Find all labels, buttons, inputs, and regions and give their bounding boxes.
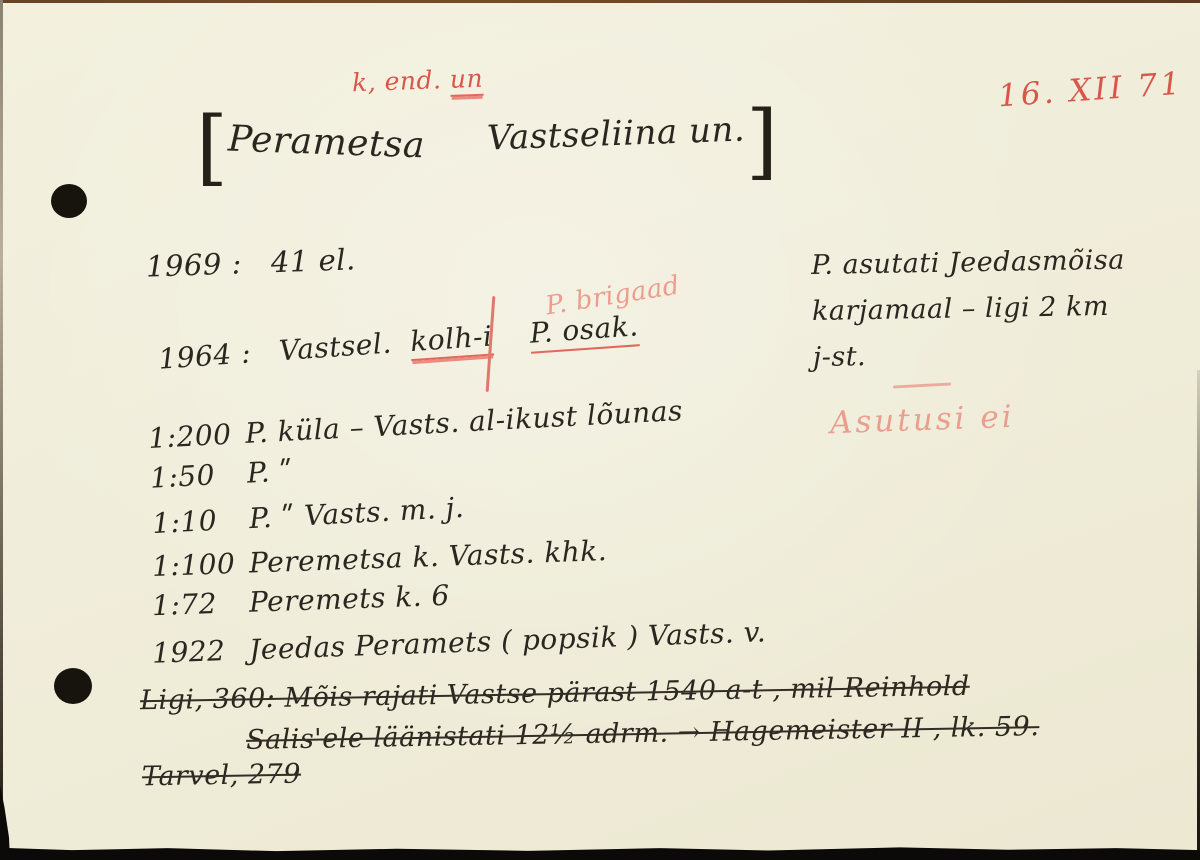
punch-hole-bottom [54,668,92,704]
founding-note-line3: j-st. [812,329,1163,381]
map-text: P. ʺ [246,454,294,489]
scan-corner-bottom-left [0,785,10,860]
map-list-row: 1:200 P. küla – Vasts. al-ikust lõunas [148,394,684,455]
date-stamp: 16. XII 71 [997,66,1184,115]
title-place-name: Perametsa [227,119,425,167]
population-1969-year: 1969 : [145,246,242,283]
map-text: P. ʺ Vasts. m. j. [248,491,465,535]
founding-note-line1: P. asutati Jeedasmõisa [811,237,1162,289]
map-text: P. küla – Vasts. al-ikust lõunas [244,394,683,450]
scan-edge-bottom-torn [0,843,1200,860]
title-parish-name: Vastseliina un. [486,110,745,159]
map-list-row: 1922 Jeedas Peramets ( popsik ) Vasts. v… [152,615,767,669]
map-scale: 1922 [152,633,250,669]
crossed-out-line1: Ligi, 360: Mõis rajati Vastse pärast 154… [140,671,970,716]
population-1964-part3-underlined: P. osak. [529,309,640,353]
crossed-out-line3: Tarvel, 279 [142,759,302,793]
red-note-location: Asutusi ei [829,399,1015,441]
punch-hole-top [51,184,87,218]
founding-note: P. asutati Jeedasmõisa karjamaal – ligi … [811,237,1163,381]
map-list-row: 1:72 Peremets k. 6 [152,579,451,622]
map-scale: 1:50 [149,457,248,495]
red-note-top-underlined: un [449,64,483,97]
title-bracket-open: [ [196,100,229,195]
map-text: Peremetsa k. Vasts. khk. [249,534,608,579]
map-scale: 1:10 [151,502,250,540]
red-note-top-text: k, end. [352,65,442,97]
population-1964-part1: Vastsel. [278,327,393,368]
founding-note-line2: karjamaal – ligi 2 km [812,283,1163,335]
population-1969-value: 41 el. [270,242,356,279]
scan-edge-top [0,0,1200,3]
title-bracket-close: ] [746,94,779,189]
scan-edge-left [0,0,3,860]
population-1964-year: 1964 : [157,336,252,375]
map-scale: 1:200 [148,417,247,455]
map-scale: 1:100 [152,547,250,583]
map-text: Jeedas Peramets ( popsik ) Vasts. v. [249,615,767,666]
map-list-row: 1:10 P. ʺ Vasts. m. j. [151,491,465,540]
map-list-row: 1:50 P. ʺ [149,454,293,494]
population-1964-part2-underlined: kolh-i [409,319,494,361]
map-text: Peremets k. 6 [248,579,450,619]
map-list-row: 1:100 Peremetsa k. Vasts. khk. [152,534,608,583]
population-line-1969: 1969 : 41 el. [145,242,356,283]
red-note-top: k, end. un [352,64,484,98]
archive-index-card: k, end. un 16. XII 71 [ Perametsa Vastse… [0,0,1200,860]
crossed-out-line2: Salis'ele läänistati 12½ adrm. → Hagemei… [246,711,1040,756]
population-line-1964: 1964 : Vastsel. kolh-i P. osak. [157,309,639,375]
red-dash-mark [893,382,951,388]
map-scale: 1:72 [152,586,250,622]
